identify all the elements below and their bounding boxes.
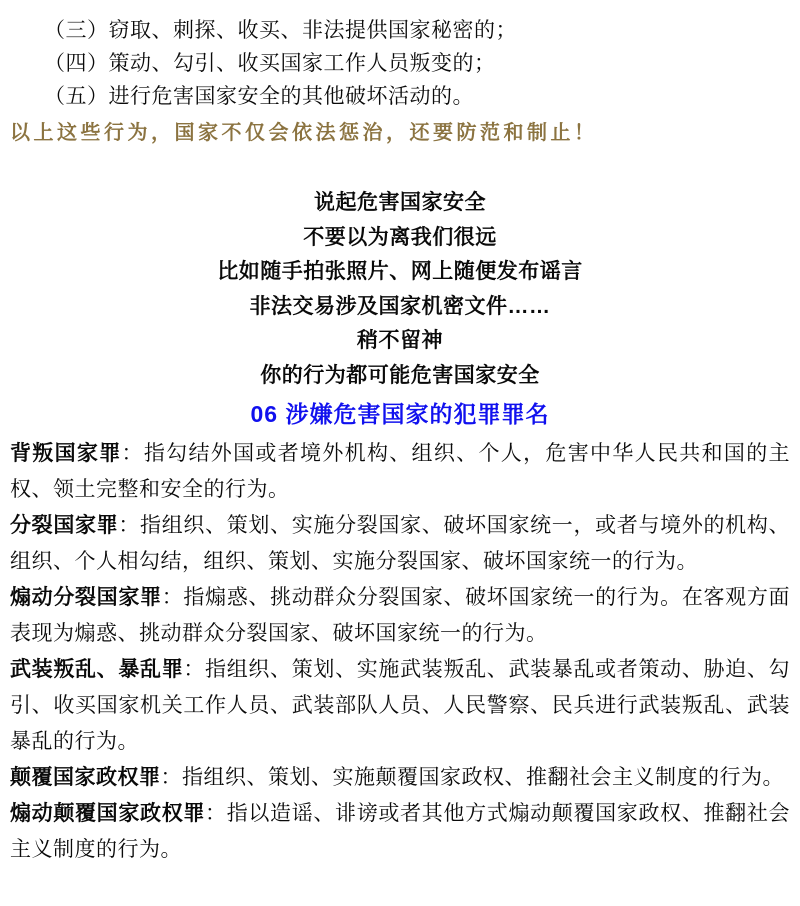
crime-paragraph: 煽动分裂国家罪：指煽惑、挑动群众分裂国家、破坏国家统一的行为。在客观方面表现为煽… xyxy=(10,580,790,652)
crime-term: 煽动颠覆国家政权罪 xyxy=(10,802,205,825)
crime-definitions: 背叛国家罪：指勾结外国或者境外机构、组织、个人，危害中华人民共和国的主权、领土完… xyxy=(10,436,790,868)
crime-description: ：指组织、策划、实施分裂国家、破坏国家统一，或者与境外的机构、组织、个人相勾结，… xyxy=(10,514,790,573)
clause-item-4: （四）策动、勾引、收买国家工作人员叛变的； xyxy=(44,47,790,80)
crime-paragraph: 背叛国家罪：指勾结外国或者境外机构、组织、个人，危害中华人民共和国的主权、领土完… xyxy=(10,436,790,508)
crime-paragraph: 颠覆国家政权罪：指组织、策划、实施颠覆国家政权、推翻社会主义制度的行为。 xyxy=(10,760,790,796)
clause-item-3: （三）窃取、刺探、收买、非法提供国家秘密的； xyxy=(44,14,790,47)
crime-paragraph: 分裂国家罪：指组织、策划、实施分裂国家、破坏国家统一，或者与境外的机构、组织、个… xyxy=(10,508,790,580)
center-line-6: 你的行为都可能危害国家安全 xyxy=(10,359,790,394)
clause-list: （三）窃取、刺探、收买、非法提供国家秘密的； （四）策动、勾引、收买国家工作人员… xyxy=(10,14,790,113)
crime-term: 武装叛乱、暴乱罪 xyxy=(10,658,183,681)
crime-paragraph: 武装叛乱、暴乱罪：指组织、策划、实施武装叛乱、武装暴乱或者策动、胁迫、勾引、收买… xyxy=(10,652,790,760)
crime-description: ：指勾结外国或者境外机构、组织、个人，危害中华人民共和国的主权、领土完整和安全的… xyxy=(10,442,790,501)
crime-description: ：指组织、策划、实施颠覆国家政权、推翻社会主义制度的行为。 xyxy=(161,766,785,789)
center-line-5: 稍不留神 xyxy=(10,324,790,359)
centered-verse-block: 说起危害国家安全 不要以为离我们很远 比如随手拍张照片、网上随便发布谣言 非法交… xyxy=(10,186,790,393)
center-line-3: 比如随手拍张照片、网上随便发布谣言 xyxy=(10,255,790,290)
crime-term: 颠覆国家政权罪 xyxy=(10,766,161,789)
section-heading: 06 涉嫌危害国家的犯罪罪名 xyxy=(10,399,790,429)
center-line-2: 不要以为离我们很远 xyxy=(10,221,790,256)
clause-item-5: （五）进行危害国家安全的其他破坏活动的。 xyxy=(44,80,790,113)
crime-term: 背叛国家罪 xyxy=(10,442,122,465)
center-line-1: 说起危害国家安全 xyxy=(10,186,790,221)
article-page: （三）窃取、刺探、收买、非法提供国家秘密的； （四）策动、勾引、收买国家工作人员… xyxy=(0,0,800,906)
crime-paragraph: 煽动颠覆国家政权罪：指以造谣、诽谤或者其他方式煽动颠覆国家政权、推翻社会主义制度… xyxy=(10,796,790,868)
warning-line: 以上这些行为，国家不仅会依法惩治，还要防范和制止！ xyxy=(10,120,790,146)
crime-term: 煽动分裂国家罪 xyxy=(10,586,162,609)
center-line-4: 非法交易涉及国家机密文件…… xyxy=(10,290,790,325)
crime-term: 分裂国家罪 xyxy=(10,514,118,537)
